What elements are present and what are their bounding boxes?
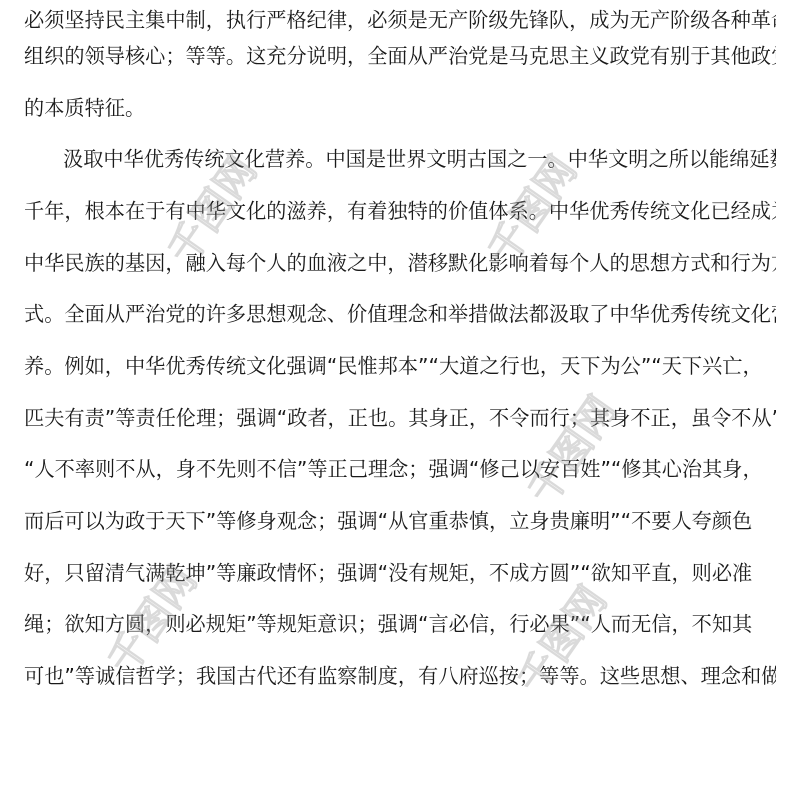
paragraph-start-line: 汲取中华优秀传统文化营养。中国是世界文明古国之一。中华文明之所以能绵延数	[63, 147, 776, 171]
text-line-13: 可也”等诚信哲学；我国古代还有监察制度，有八府巡按；等等。这些思想、理念和做	[24, 664, 776, 688]
text-line-6: 式。全面从严治党的许多思想观念、价值理念和举措做法都汲取了中华优秀传统文化营	[24, 302, 776, 326]
text-line-11: 好，只留清气满乾坤”等廉政情怀；强调“没有规矩，不成方圆”“欲知平直，则必准	[24, 561, 776, 585]
watermark: 千图网	[512, 383, 628, 514]
text-line-7: 养。例如，中华优秀传统文化强调“民惟邦本”“大道之行也，天下为公”“天下兴亡，	[24, 354, 776, 378]
text-line-0: 必须坚持民主集中制，执行严格纪律，必须是无产阶级先锋队，成为无产阶级各种革命	[24, 8, 776, 32]
text-line-5: 中华民族的基因，融入每个人的血液之中，潜移默化影响着每个人的思想方式和行为方	[24, 251, 776, 275]
text-line-8: 匹夫有责”等责任伦理；强调“政者，正也。其身正，不令而行；其身不正，虽令不从”	[24, 406, 776, 430]
text-line-4: 千年，根本在于有中华文化的滋养，有着独特的价值体系。中华优秀传统文化已经成为	[24, 199, 776, 223]
text-line-2: 的本质特征。	[24, 96, 776, 120]
text-line-9: “人不率则不从，身不先则不信”等正己理念；强调“修己以安百姓”“修其心治其身，	[24, 457, 776, 481]
text-line-12: 绳；欲知方圆，则必规矩”等规矩意识；强调“言必信，行必果”“人而无信，不知其	[24, 612, 776, 636]
text-line-1: 组织的领导核心；等等。这充分说明，全面从严治党是马克思主义政党有别于其他政党	[24, 44, 776, 68]
text-line-10: 而后可以为政于天下”等修身观念；强调“从官重恭慎，立身贵廉明”“不要人夸颜色	[24, 509, 776, 533]
document-page: 必须坚持民主集中制，执行严格纪律，必须是无产阶级先锋队，成为无产阶级各种革命 组…	[0, 0, 800, 800]
